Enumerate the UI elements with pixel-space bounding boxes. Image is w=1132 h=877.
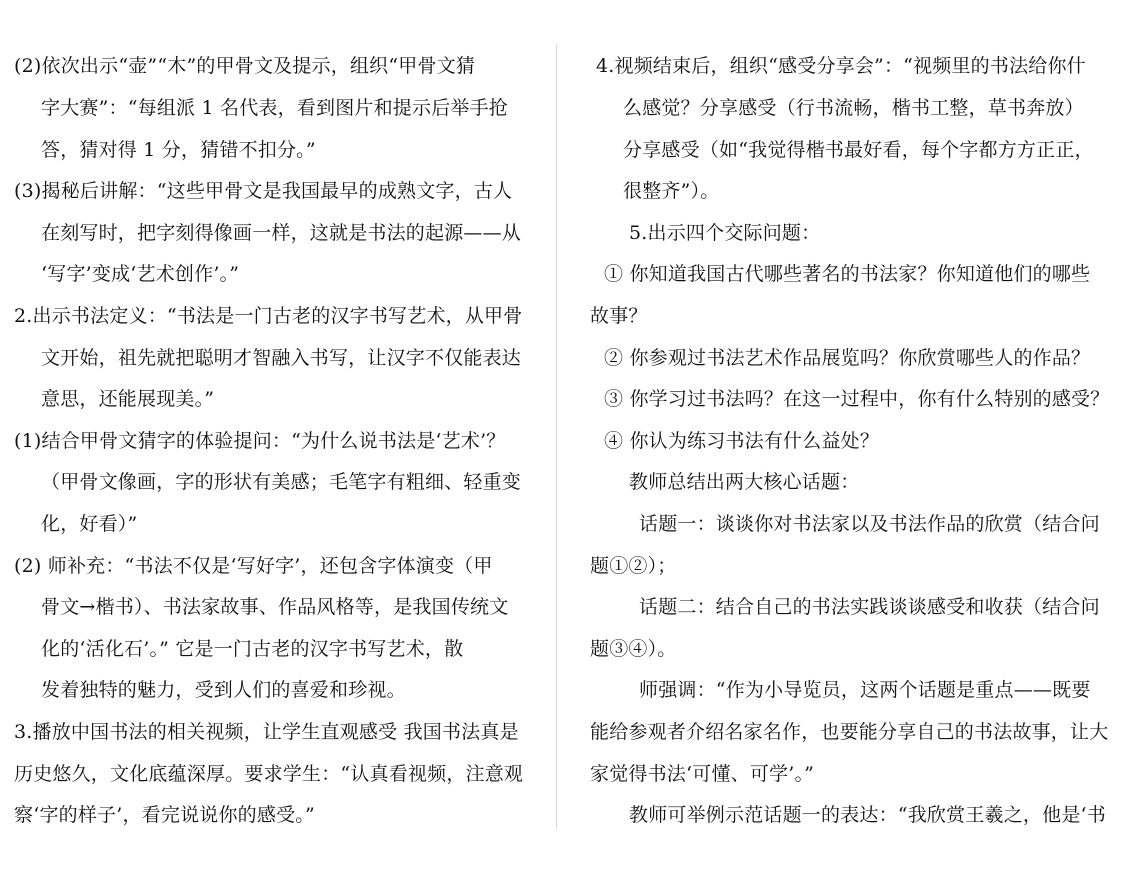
- text-line: ④ 你认为练习书法有什么益处？: [604, 431, 879, 451]
- text-line: 发着独特的魅力，受到人们的喜爱和珍视。: [41, 680, 406, 700]
- text-line: 师强调：“作为小导览员，这两个话题是重点——既要: [639, 680, 1091, 700]
- text-line: ‘写字’变成‘艺术创作’。”: [41, 264, 239, 284]
- text-line: 意思，还能展现美。”: [41, 389, 214, 409]
- text-line: ① 你知道我国古代哪些著名的书法家？你知道他们的哪些: [604, 264, 1090, 284]
- text-line: 故事？: [590, 306, 648, 326]
- text-line: 化，好看）”: [41, 514, 137, 534]
- text-line: 题③④）。: [590, 639, 677, 659]
- text-line: 在刻写时，把字刻得像画一样，这就是书法的起源——从: [41, 223, 521, 243]
- text-line: 教师总结出两大核心话题：: [629, 472, 859, 492]
- text-line: 察‘字的样子’，看完说说你的感受。”: [14, 805, 315, 825]
- text-line: (2)依次出示“壶”“木”的甲骨文及提示，组织“甲骨文猜: [14, 56, 475, 76]
- text-line: 化的‘活化石’。” 它是一门古老的汉字书写艺术，散: [41, 639, 463, 659]
- text-line: 骨文→楷书）、书法家故事、作品风格等，是我国传统文: [41, 597, 508, 617]
- text-line: 2.出示书法定义：“书法是一门古老的汉字书写艺术，从甲骨: [14, 306, 522, 326]
- column-divider: [556, 44, 557, 829]
- text-line: 话题一：谈谈你对书法家以及书法作品的欣赏（结合问: [639, 514, 1100, 534]
- text-line: 字大赛”：“每组派 1 名代表，看到图片和提示后举手抢: [41, 98, 508, 118]
- text-line: 么感觉？分享感受（行书流畅，楷书工整，草书奔放）: [623, 98, 1084, 118]
- text-line: 分享感受（如“我觉得楷书最好看，每个字都方方正正，: [623, 140, 1094, 160]
- text-line: 答，猜对得 1 分，猜错不扣分。”: [41, 140, 316, 160]
- text-line: 能给参观者介绍名家名作，也要能分享自己的书法故事，让大: [590, 722, 1108, 742]
- text-line: (3)揭秘后讲解：“这些甲骨文是我国最早的成熟文字，古人: [14, 181, 512, 201]
- text-line: 题①②）；: [590, 556, 677, 576]
- text-line: 很整齐”）。: [623, 181, 719, 201]
- text-line: (1)结合甲骨文猜字的体验提问：“为什么说书法是‘艺术’？: [14, 431, 506, 451]
- text-line: （甲骨文像画，字的形状有美感；毛笔字有粗细、轻重变: [41, 472, 521, 492]
- text-line: 教师可举例示范话题一的表达：“我欣赏王羲之，他是‘书: [629, 805, 1106, 825]
- text-line: (2) 师补充：“书法不仅是‘写好字’，还包含字体演变（甲: [14, 556, 493, 576]
- text-line: ③ 你学习过书法吗？在这一过程中，你有什么特别的感受？: [604, 389, 1109, 409]
- text-line: 4.视频结束后，组织“感受分享会”：“视频里的书法给你什: [596, 56, 1086, 76]
- text-line: 3.播放中国书法的相关视频，让学生直观感受 我国书法真是: [14, 722, 519, 742]
- text-line: 文开始，祖先就把聪明才智融入书写，让汉字不仅能表达: [41, 348, 521, 368]
- text-line: ② 你参观过书法艺术作品展览吗？你欣赏哪些人的作品？: [604, 348, 1090, 368]
- text-line: 5.出示四个交际问题：: [629, 223, 820, 243]
- text-line: 话题二：结合自己的书法实践谈谈感受和收获（结合问: [639, 597, 1100, 617]
- text-line: 家觉得书法‘可懂、可学’。”: [590, 764, 814, 784]
- text-line: 历史悠久，文化底蕴深厚。要求学生：“认真看视频，注意观: [14, 764, 523, 784]
